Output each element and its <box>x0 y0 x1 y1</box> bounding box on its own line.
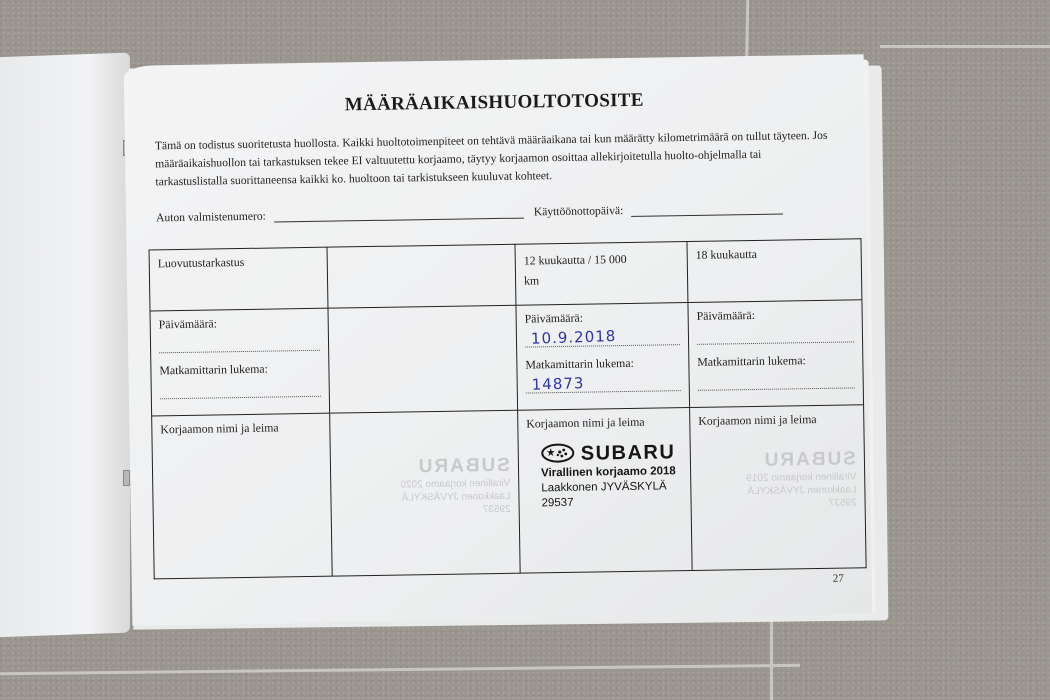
date-odometer-cell: Päivämäärä: Matkamittarin lukema: <box>150 308 330 416</box>
header-cell-delivery: Luovutustarkastus <box>149 247 328 311</box>
commissioning-date-field[interactable] <box>631 202 783 217</box>
vin-label: Auton valmistenumero: <box>156 210 266 225</box>
stamp-cell-empty: SUBARU Virallinen korjaamo 2020 Laakkone… <box>330 410 521 576</box>
service-record-page: MÄÄRÄAIKAISHUOLTOTOSITE Tämä on todistus… <box>124 54 873 626</box>
floor-tile-seam <box>0 664 800 675</box>
odometer-field[interactable] <box>698 369 855 390</box>
vehicle-info-row: Auton valmistenumero: Käyttöönottopäivä: <box>156 201 836 225</box>
date-field[interactable] <box>697 323 854 344</box>
stamp-cell: Korjaamon nimi ja leima SUBARU Viralline… <box>690 405 867 571</box>
dealer-stamp: SUBARU Virallinen korjaamo 2018 Laakkone… <box>541 441 683 511</box>
show-through-stamp: SUBARU Virallinen korjaamo 2020 Laakkone… <box>353 455 511 518</box>
stamp-cell: Korjaamon nimi ja leima <box>152 413 333 579</box>
table-row-date-odometer: Päivämäärä: Matkamittarin lukema: Päiväm… <box>150 300 864 416</box>
date-odometer-cell-empty <box>328 305 518 413</box>
header-cell-empty <box>327 244 516 308</box>
header-cell-18-months: 18 kuukautta <box>687 239 862 303</box>
date-odometer-cell: Päivämäärä: 10.9.2018 Matkamittarin luke… <box>516 303 690 411</box>
floor-tile-seam <box>880 45 1050 48</box>
left-page <box>0 53 130 638</box>
date-odometer-cell: Päivämäärä: Matkamittarin lukema: <box>688 300 864 408</box>
vin-field[interactable] <box>274 206 524 223</box>
table-row-stamp: Korjaamon nimi ja leima SUBARU Viralline… <box>152 405 866 579</box>
page-number: 27 <box>833 573 844 585</box>
stamp-cell: Korjaamon nimi ja leima <box>518 407 693 573</box>
page-title: MÄÄRÄAIKAISHUOLTOTOSITE <box>124 86 864 120</box>
stamp-brand: SUBARU <box>581 441 676 465</box>
subaru-logo-icon <box>541 443 575 467</box>
show-through-stamp: SUBARU Virallinen korjaamo 2019 Laakkone… <box>705 448 857 511</box>
commissioning-date-label: Käyttöönottopäivä: <box>534 204 624 218</box>
header-cell-12-months: 12 kuukautta / 15 000 km <box>515 242 688 306</box>
odometer-field[interactable] <box>160 378 321 400</box>
table-row-headers: Luovutustarkastus 12 kuukautta / 15 000 … <box>149 239 862 311</box>
intro-paragraph: Tämä on todistus suoritetusta huollosta.… <box>155 127 836 192</box>
date-field[interactable] <box>159 332 320 354</box>
service-record-table: Luovutustarkastus 12 kuukautta / 15 000 … <box>149 238 867 579</box>
staple-icon <box>123 470 130 486</box>
stamp-line: 29537 <box>541 494 682 511</box>
stamp-line: Laakkonen JYVÄSKYLÄ <box>541 479 682 496</box>
